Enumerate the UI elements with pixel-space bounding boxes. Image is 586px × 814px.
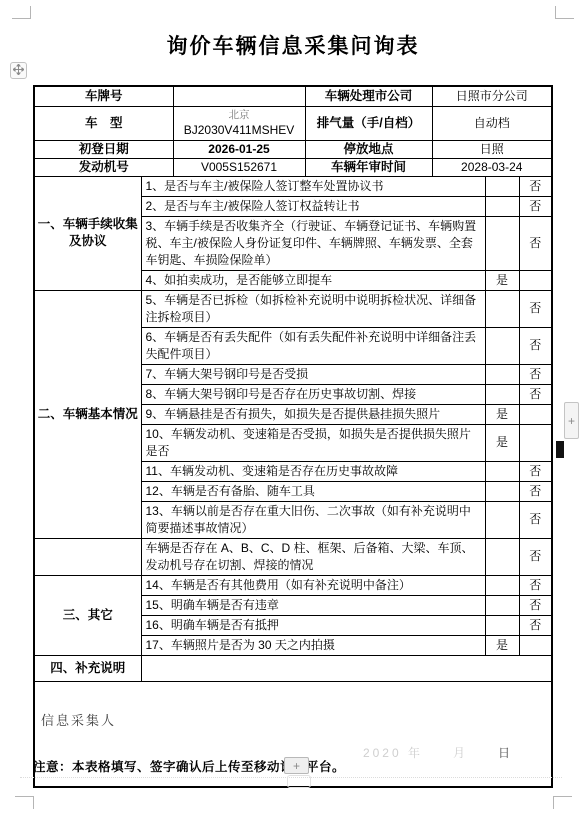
answer-no-cell: 否 [519,538,551,575]
side-plus-handle[interactable]: + [564,402,579,439]
answer-yes-cell: 是 [485,404,519,424]
first-registration-value: 2026-01-25 [173,140,305,158]
section-label [35,538,141,575]
answer-no-cell: 否 [519,461,551,481]
answer-yes-cell: 是 [485,635,519,655]
answer-yes-cell [485,538,519,575]
answer-no-cell: 否 [519,595,551,615]
answer-yes-cell [485,177,519,197]
question-cell: 6、车辆是否有丢失配件（如有丢失配件补充说明中详细备注丢失配件项目） [141,327,485,364]
answer-no-cell: 否 [519,177,551,197]
answer-no-cell: 否 [519,575,551,595]
answer-no-cell [519,270,551,290]
section-label: 四、补充说明 [35,655,141,681]
question-cell: 17、车辆照片是否为 30 天之内拍摄 [141,635,485,655]
plate-number-value [173,87,305,106]
plate-number-label: 车牌号 [35,87,173,106]
faint-date-text: 2020 年 月 [363,746,498,760]
answer-no-cell [519,404,551,424]
checklist-table: 一、车辆手续收集及协议1、是否与车主/被保险人签订整车处置协议书否2、是否与车主… [35,177,551,682]
question-cell: 5、车辆是否已拆检（如拆检补充说明中说明拆检状况、详细备注拆检项目） [141,290,485,327]
parking-location-value: 日照 [432,140,551,158]
answer-no-cell: 否 [519,384,551,404]
question-cell: 4、如拍卖成功，是否能够立即提车 [141,270,485,290]
question-cell: 8、车辆大架号钢印号是否存在历史事故切割、焊接 [141,384,485,404]
answer-no-cell: 否 [519,501,551,538]
answer-yes-cell [485,196,519,216]
model-value: 北京 BJ2030V411MSHEV [173,106,305,140]
faint-anchor-box [287,775,311,788]
processing-company-label: 车辆处理市公司 [305,87,432,106]
section-label: 一、车辆手续收集及协议 [35,177,141,291]
question-cell: 7、车辆大架号钢印号是否受损 [141,364,485,384]
processing-company-value: 日照市分公司 [432,87,551,106]
answer-no-cell [519,424,551,461]
answer-no-cell: 否 [519,216,551,270]
collector-label: 信息采集人 [41,710,116,729]
question-cell: 12、车辆是否有备胎、随车工具 [141,481,485,501]
model-code: BJ2030V411MSHEV [177,122,302,138]
question-cell: 3、车辆手续是否收集齐全（行驶证、车辆登记证书、车辆购置税、车主/被保险人身份证… [141,216,485,270]
question-cell: 9、车辆悬挂是否有损失，如损失是否提供悬挂损失照片 [141,404,485,424]
answer-yes-cell [485,481,519,501]
model-label: 车 型 [35,106,173,140]
answer-yes-cell [485,595,519,615]
table-move-handle[interactable] [10,62,27,79]
answer-no-cell: 否 [519,364,551,384]
page-margin-mark-bottom-right [553,796,572,809]
question-cell: 11、车辆发动机、变速箱是否存在历史事故故障 [141,461,485,481]
checklist-body: 一、车辆手续收集及协议1、是否与车主/被保险人签订整车处置协议书否2、是否与车主… [35,177,551,682]
answer-no-cell [519,635,551,655]
answer-no-cell: 否 [519,290,551,327]
answer-yes-cell: 是 [485,270,519,290]
answer-yes-cell [485,461,519,481]
answer-no-cell: 否 [519,481,551,501]
question-cell: 10、车辆发动机、变速箱是否受损，如损失是否提供损失照片是否 [141,424,485,461]
parking-location-label: 停放地点 [305,140,432,158]
faint-date: 2020 年 月 日 [363,744,513,761]
vehicle-header-table: 车牌号 车辆处理市公司 日照市分公司 车 型 北京 BJ2030V411MSHE… [35,87,551,177]
note-plus-handle[interactable]: + [284,757,309,774]
page-margin-mark-top-left [12,6,31,19]
answer-yes-cell [485,384,519,404]
displacement-label: 排气量（手/自档） [305,106,432,140]
displacement-value: 自动档 [432,106,551,140]
model-brand-note: 北京 [177,109,302,122]
answer-yes-cell [485,575,519,595]
page-title: 询价车辆信息采集问询表 [0,30,586,60]
answer-yes-cell [485,327,519,364]
question-cell: 14、车辆是否有其他费用（如有补充说明中备注） [141,575,485,595]
answer-yes-cell: 是 [485,424,519,461]
engine-number-value: V005S152671 [173,158,305,176]
answer-yes-cell [485,216,519,270]
question-cell: 15、明确车辆是否有违章 [141,595,485,615]
first-registration-label: 初登日期 [35,140,173,158]
vehicle-info-form-table: 车牌号 车辆处理市公司 日照市分公司 车 型 北京 BJ2030V411MSHE… [33,85,553,788]
answer-yes-cell [485,290,519,327]
edge-selection-marker [556,441,564,458]
section-label: 三、其它 [35,575,141,655]
annual-review-value: 2028-03-24 [432,158,551,176]
engine-number-label: 发动机号 [35,158,173,176]
question-cell: 13、车辆以前是否存在重大旧伤、二次事故（如有补充说明中简要描述事故情况） [141,501,485,538]
answer-yes-cell [485,364,519,384]
page-margin-mark-top-right [555,6,574,19]
answer-no-cell: 否 [519,196,551,216]
section-label: 二、车辆基本情况 [35,290,141,538]
question-cell: 2、是否与车主/被保险人签订权益转让书 [141,196,485,216]
question-cell: 1、是否与车主/被保险人签订整车处置协议书 [141,177,485,197]
move-arrows-icon [13,62,24,80]
page-margin-mark-bottom-left [15,796,34,809]
question-cell: 16、明确车辆是否有抵押 [141,615,485,635]
answer-no-cell: 否 [519,327,551,364]
annual-review-label: 车辆年审时间 [305,158,432,176]
question-cell [141,655,551,681]
answer-yes-cell [485,501,519,538]
answer-no-cell: 否 [519,615,551,635]
answer-yes-cell [485,615,519,635]
faint-date-day: 日 [498,746,513,760]
question-cell: 车辆是否存在 A、B、C、D 柱、框架、后备箱、大梁、车顶、发动机号存在切割、焊… [141,538,485,575]
